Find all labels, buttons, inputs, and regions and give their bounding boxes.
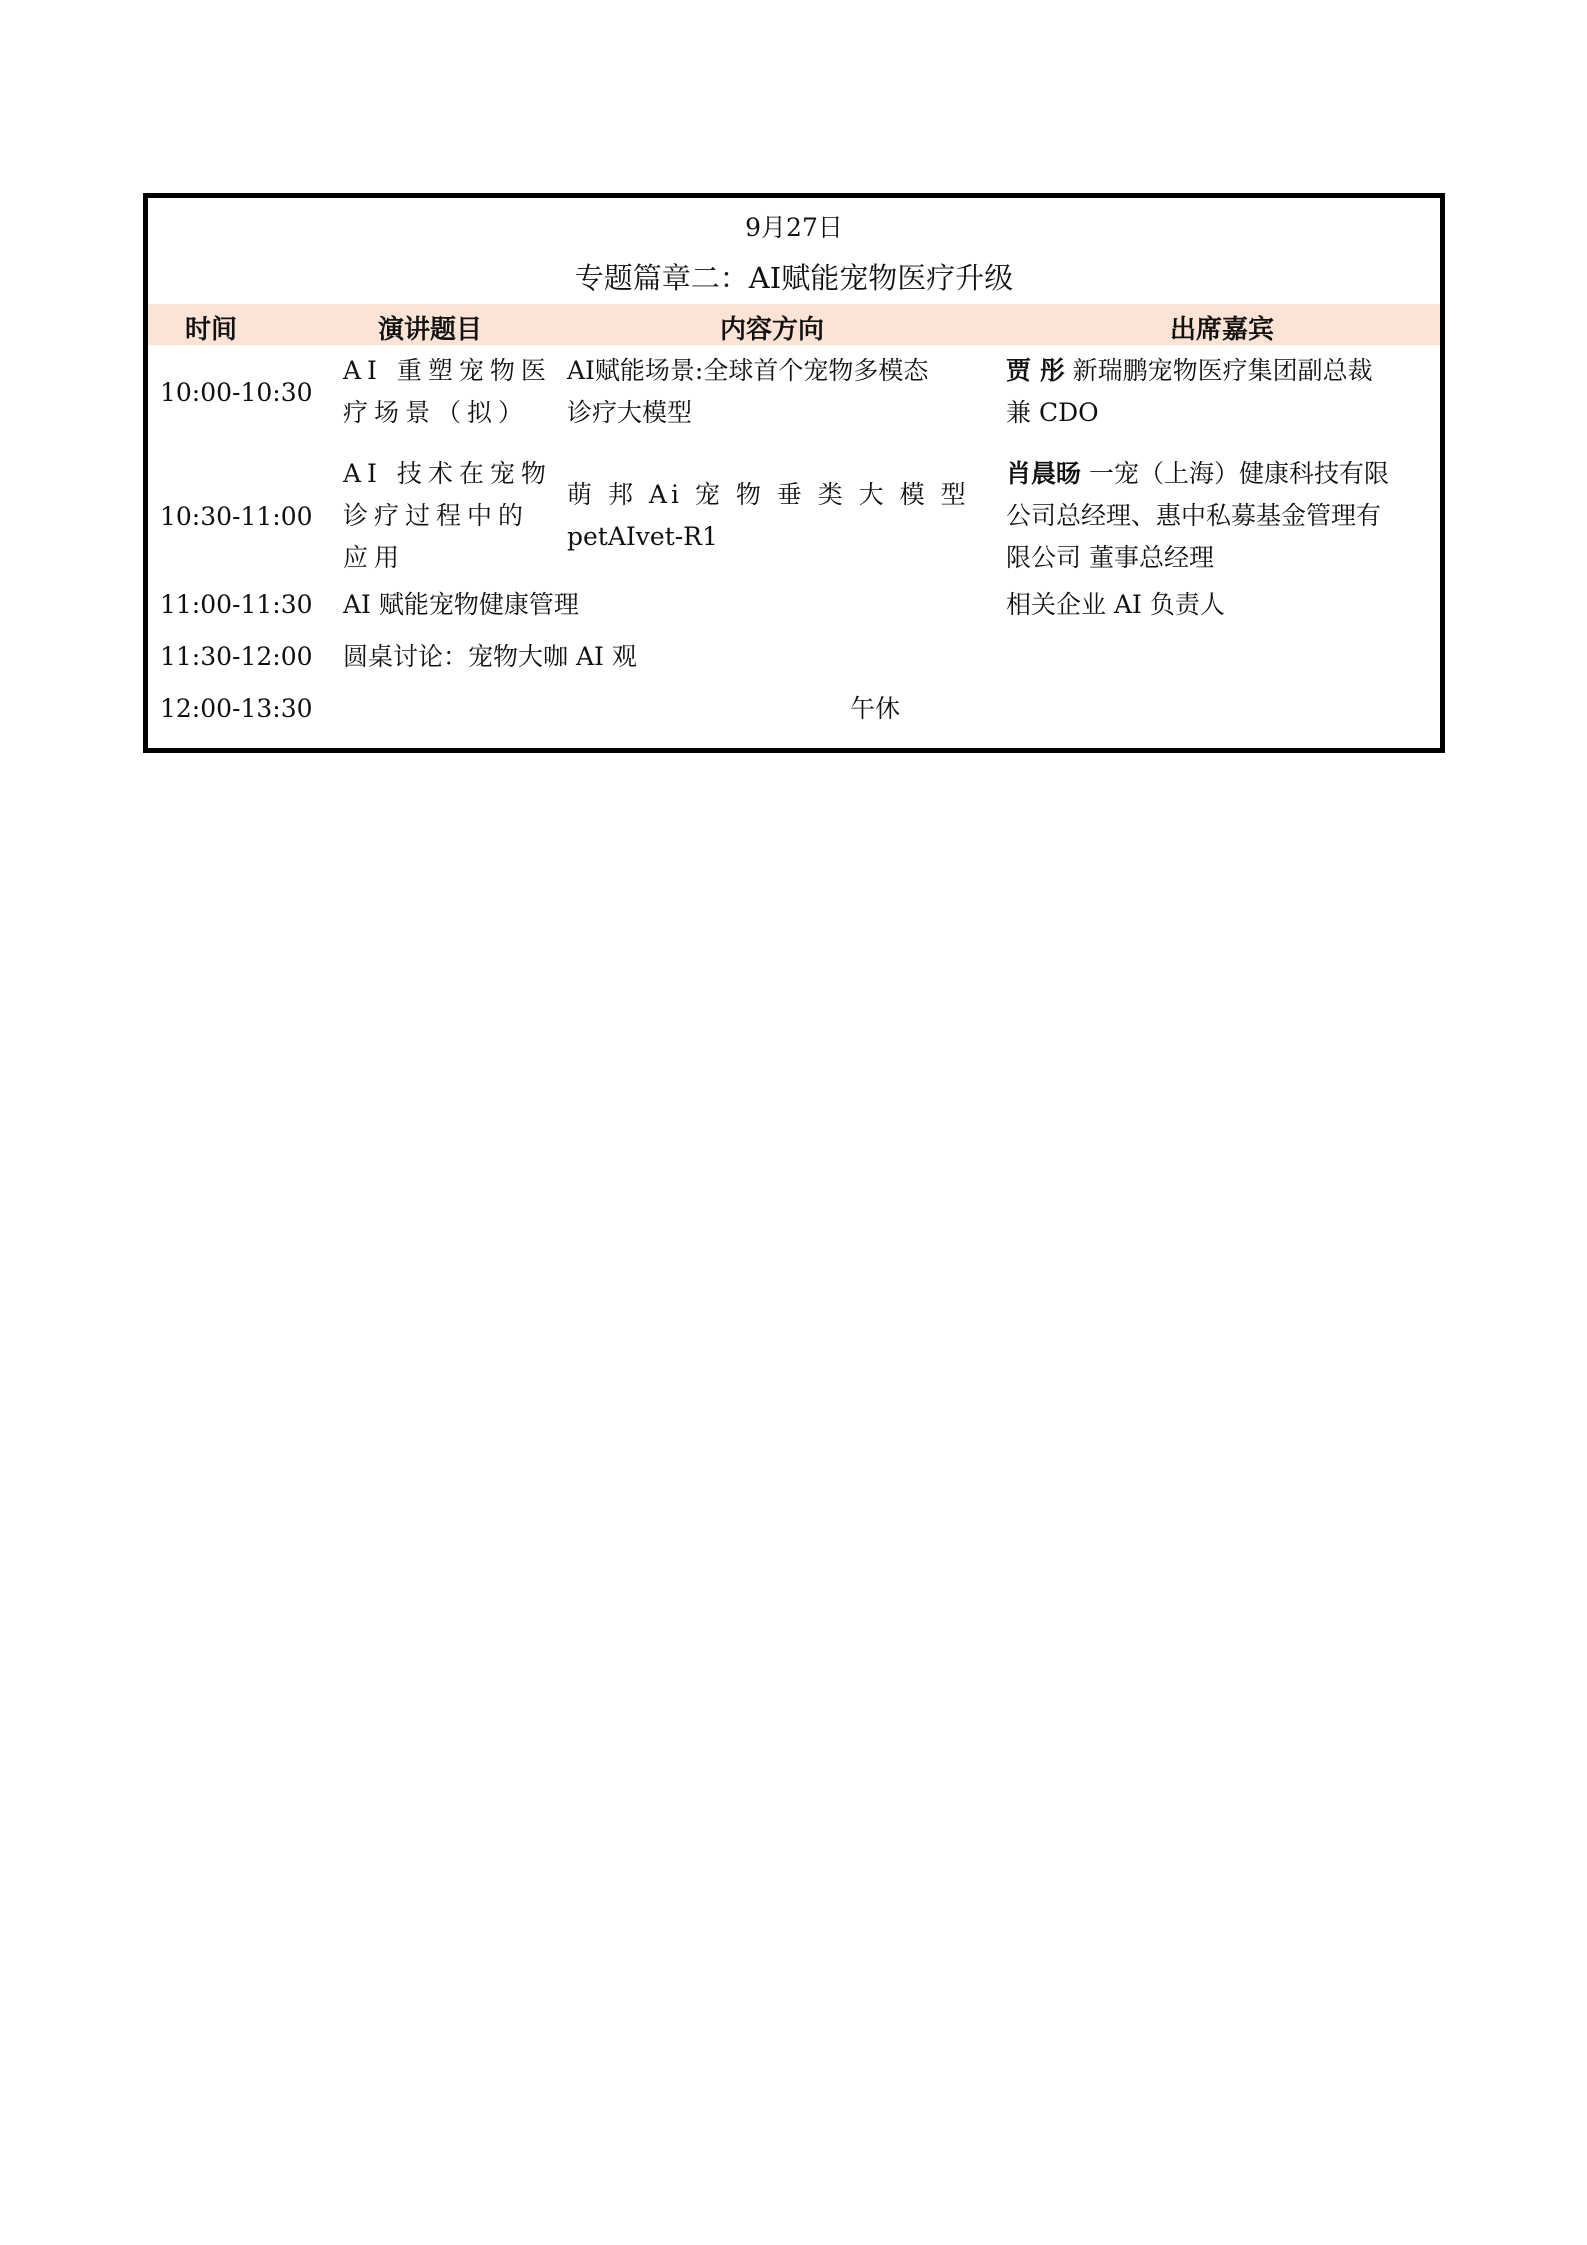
row-guest-line: 公司总经理、惠中私募基金管理有 <box>1006 495 1381 537</box>
row-guest-line: 兼 CDO <box>1006 392 1099 434</box>
row-topic-line: 圆桌讨论：宠物大咖 AI 观 <box>343 636 637 678</box>
row-guest-line: 限公司 董事总经理 <box>1006 537 1214 579</box>
row-topic-line: 疗场景（拟） <box>343 392 529 434</box>
row-content-line: AI赋能场景:全球首个宠物多模态 <box>567 350 928 392</box>
row-content-line: 诊疗大模型 <box>567 392 692 434</box>
guest-name: 肖晨旸 <box>1006 459 1081 488</box>
section-title: 专题篇章二：AI赋能宠物医疗升级 <box>148 256 1440 297</box>
row-topic-line: 诊疗过程中的 <box>343 495 529 537</box>
guest-title: 新瑞鹏宠物医疗集团副总裁 <box>1073 356 1373 385</box>
schedule-date: 9月27日 <box>148 208 1440 244</box>
row-time: 12:00-13:30 <box>160 688 313 730</box>
row-time: 10:30-11:00 <box>160 496 313 538</box>
row-topic-line: 应用 <box>343 537 405 579</box>
column-header-topic: 演讲题目 <box>378 309 482 346</box>
column-header-content: 内容方向 <box>720 309 824 346</box>
row-guest-line: 肖晨旸 一宠（上海）健康科技有限 <box>1006 453 1389 495</box>
column-header-time: 时间 <box>185 309 237 346</box>
lunch-break-label: 午休 <box>850 688 900 730</box>
row-time: 11:00-11:30 <box>160 584 313 626</box>
row-topic-line: AI 重塑宠物医 <box>343 350 552 392</box>
row-time: 11:30-12:00 <box>160 636 313 678</box>
row-time: 10:00-10:30 <box>160 372 313 414</box>
row-content-line: petAIvet-R1 <box>567 516 718 558</box>
guest-title: 一宠（上海）健康科技有限 <box>1089 459 1389 488</box>
column-header-guest: 出席嘉宾 <box>1170 309 1274 346</box>
guest-name: 贾 彤 <box>1006 356 1065 385</box>
row-topic-line: AI 赋能宠物健康管理 <box>343 584 579 626</box>
row-content-line: 萌 邦 Ai 宠 物 垂 类 大 模 型 <box>567 474 970 516</box>
schedule-table: 9月27日 专题篇章二：AI赋能宠物医疗升级 时间 演讲题目 内容方向 出席嘉宾… <box>143 193 1445 753</box>
row-topic-line: AI 技术在宠物 <box>343 453 552 495</box>
column-header-row: 时间 演讲题目 内容方向 出席嘉宾 <box>148 304 1440 345</box>
row-guest-line: 相关企业 AI 负责人 <box>1006 584 1225 626</box>
row-guest-line: 贾 彤 新瑞鹏宠物医疗集团副总裁 <box>1006 350 1373 392</box>
